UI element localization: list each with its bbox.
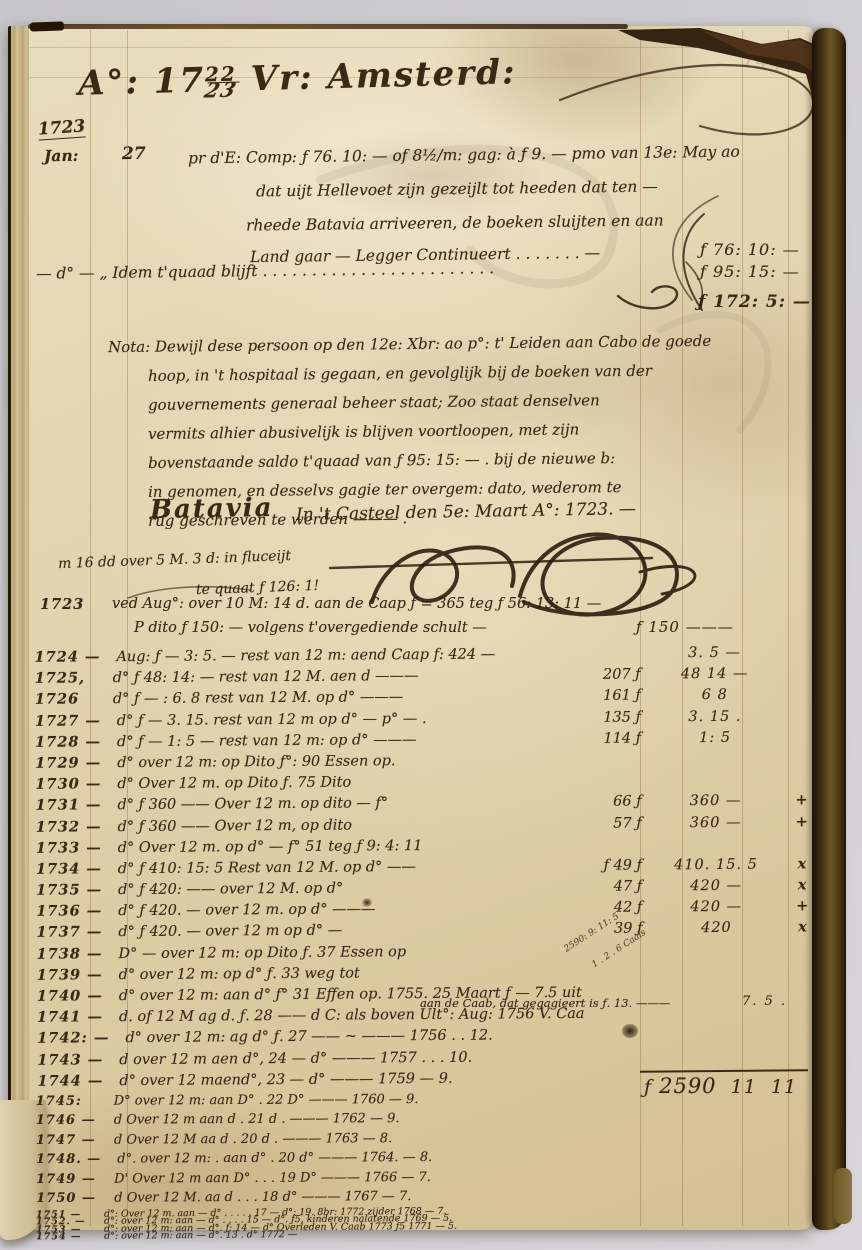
row-year: 1726 [35,691,97,708]
row-amount: 6 8 [641,687,789,704]
row-year: 1732 — [36,818,102,835]
row-year: 1740 — [37,987,103,1004]
title-anno: A°: 17 [78,60,206,103]
row-description: D' Over 12 m aan D° . . . 19 D° ——— 1766… [98,1169,584,1187]
row-amount [643,1059,791,1060]
ledger-head-line-2: P dito ƒ 150: — volgens t'overgediende s… [134,620,487,636]
row-year: 1739 — [37,966,103,983]
row-check-mark: x [790,876,814,893]
row-year: 1748. — [36,1152,101,1167]
row-description: d° ƒ 360 —— Over 12 m, op dito [102,815,584,834]
row-year: 1743 — [37,1051,103,1068]
row-check-mark: + [789,792,813,809]
entry-amount-1: ƒ 76: 10: — [700,240,800,259]
total-stuivers: 11 [731,1076,757,1098]
row-folio-number: 47 ƒ [584,879,642,895]
row-description: Aug: ƒ — 3: 5. — rest van 12 m: aend Caa… [100,646,582,665]
row-description: d° over 12 maend°, 23 — d° ——— 1759 — 9. [103,1070,585,1089]
row-description: D° — over 12 m: op Dito ƒ. 37 Essen op [102,943,584,962]
title-place: Amsterd: [327,52,517,97]
row-amount [641,784,789,785]
title-year-fraction: 2223 [205,67,238,99]
row-amount: 360 — [642,814,790,831]
title-voor: Vr: [250,58,314,100]
row-amount [642,1140,790,1141]
row-amount [642,1120,790,1121]
ledger-head-amount: ƒ 150 ——— [636,618,734,636]
row-amount [642,847,790,848]
row-description: d Over 12 M. aa d . . . 18 d° ——— 1767 —… [98,1188,584,1206]
row-year: 1744 — [37,1072,103,1089]
row-year: 1742: — [37,1030,109,1048]
row-amount [642,1233,790,1234]
row-description: d° Over 12 m. op d° — f° 51 teg ƒ 9: 4: … [102,837,584,856]
row-description: d° ƒ 48: 14: — rest van 12 M. aen d ——— [97,667,583,686]
entry-date-month: Jan: [44,146,79,165]
row-amount [643,1038,791,1039]
row-description: d Over 12 m aan d . 21 d . ——— 1762 — 9. [98,1111,584,1129]
grand-total: ƒ 2590 11 11 [644,1074,797,1098]
row-amount [642,1101,790,1102]
row-folio-number [584,1234,642,1235]
row-folio-number: 161 ƒ [583,688,641,704]
row-description: d° over 12 m: op Dito ƒ°: 90 Essen op. [101,752,583,771]
ruled-line-horizontal [30,47,806,48]
margin-year: 1723 [37,116,86,140]
row-year: 1747 — [36,1132,98,1147]
row-amount: 1: 5 [641,729,789,746]
row-description: d° ƒ — : 6. 8 rest van 12 M. op d° ——— [97,688,583,707]
row-amount: 3. 5 — [640,644,788,661]
ledger-head-line-1: ved Aug°: over 10 M: 14 d. aan de Caap ƒ… [112,596,601,612]
entry-total: ƒ 172: 5: — [698,292,811,312]
row-check-mark: x [790,855,814,872]
row-folio-number: 207 ƒ [583,667,641,683]
ledger-rows-compact: 1745:D° over 12 m: aan D° . 22 D° ——— 17… [36,1090,815,1210]
row-year: 1736 — [36,903,102,920]
ledger-rows-main: 1724 —Aug: ƒ — 3: 5. — rest van 12 m: ae… [34,643,815,1093]
row-amount: 3. 15 . [641,708,789,725]
note-1740-continuation: aan de Caab, dat gegagieert is ƒ. 13. ——… [420,996,670,1010]
entry-amount-2: ƒ 95: 15: — [700,262,800,281]
row-amount: 410. 15. 5 [642,856,790,873]
row-year: 1727 — [35,712,101,729]
row-year: 1745: [36,1094,98,1109]
row-amount [642,1159,790,1160]
book-left-page-edges [8,26,29,1230]
row-year: 1734 — [36,860,102,877]
row-year: 1735 — [36,881,102,898]
row-year: 1738 — [37,945,103,962]
row-description: d° over 12 m: ag d° ƒ. 27 —— ~ ——— 1756 … [109,1027,585,1046]
book-top-left-nick [30,21,64,31]
manuscript-scan: 144 A°: 172223 Vr: Amsterd: 1723 Jan: 27… [0,0,862,1250]
book-spine-right [812,28,846,1230]
dateline-place: Batavia [150,493,274,525]
row-description: d° Over 12 m. op Dito ƒ. 75 Dito [101,773,583,792]
row-amount: 420 [642,920,790,937]
row-amount [643,953,791,954]
binding-clasp [834,1168,852,1224]
row-amount: 420 — [642,899,790,916]
row-year: 1749 — [36,1171,98,1186]
row-year: 1754 — [36,1231,88,1242]
row-year: 1724 — [34,648,100,665]
entry-date-day: 27 [122,144,146,164]
row-check-mark: x [790,919,814,936]
row-folio-number: 66 ƒ [583,794,641,810]
row-amount [643,974,791,975]
row-year: 1728 — [35,733,101,750]
row-description: d° ƒ 360 —— Over 12 m. op dito — f° [101,794,583,813]
total-guilders: 2590 [659,1074,716,1098]
amount-1740: 7. 5 . [742,994,787,1009]
row-year: 1730 — [35,775,101,792]
ledger-head-year: 1723 [40,596,84,613]
row-check-mark: + [790,813,814,830]
row-year: 1741 — [37,1008,103,1025]
row-description: d° over 12 m: op d° ƒ. 33 weg tot [103,964,585,983]
row-amount [642,1198,790,1199]
row-description: d° ƒ 410: 15: 5 Rest van 12 M. op d° —— [102,858,584,877]
total-florin: ƒ [644,1076,652,1098]
total-penningen: 11 [771,1076,797,1098]
row-description: d over 12 m aen d°, 24 — d° ——— 1757 . .… [103,1048,585,1067]
book-top-edge [28,24,628,29]
row-amount: 420 — [642,878,790,895]
row-year: 1725, [35,669,97,686]
row-year: 1733 — [36,839,102,856]
row-description: d° ƒ 420. — over 12 m op d° — [102,921,584,940]
row-description: d° ƒ — 3. 15. rest van 12 m op d° — p° —… [101,709,583,728]
row-year: 1750 — [36,1191,98,1206]
row-folio-number: 135 ƒ [583,709,641,725]
row-description: d° ƒ 420. — over 12 m. op d° ——— [102,900,584,919]
row-amount: 360 — [641,793,789,810]
row-year: 1731 — [35,797,101,814]
row-description: D° over 12 m: aan D° . 22 D° ——— 1760 — … [98,1091,584,1109]
row-amount [643,1017,791,1018]
row-year: 1746 — [36,1113,98,1128]
row-amount [642,1179,790,1180]
row-description: d Over 12 M aa d . 20 d . ——— 1763 — 8. [98,1130,584,1148]
row-amount: 48 14 — [641,666,789,683]
row-description: d° ƒ 420: —— over 12 M. op d° [102,879,584,898]
ledger-rows-tiny: 1751 —d°: Over 12 m. aan — d° . . . . . … [36,1203,814,1239]
row-year: 1737 — [36,924,102,941]
row-folio-number: 114 ƒ [583,730,641,746]
row-check-mark: + [790,898,814,915]
row-year: 1729 — [35,754,101,771]
row-description: d° ƒ — 1: 5 — rest van 12 m: op d° ——— [101,731,583,750]
row-description: d°. over 12 m: . aan d° . 20 d° ——— 1764… [101,1149,584,1167]
row-folio-number: 57 ƒ [584,815,642,831]
row-amount [641,762,789,763]
row-folio-number: ƒ 49 ƒ [584,857,642,873]
